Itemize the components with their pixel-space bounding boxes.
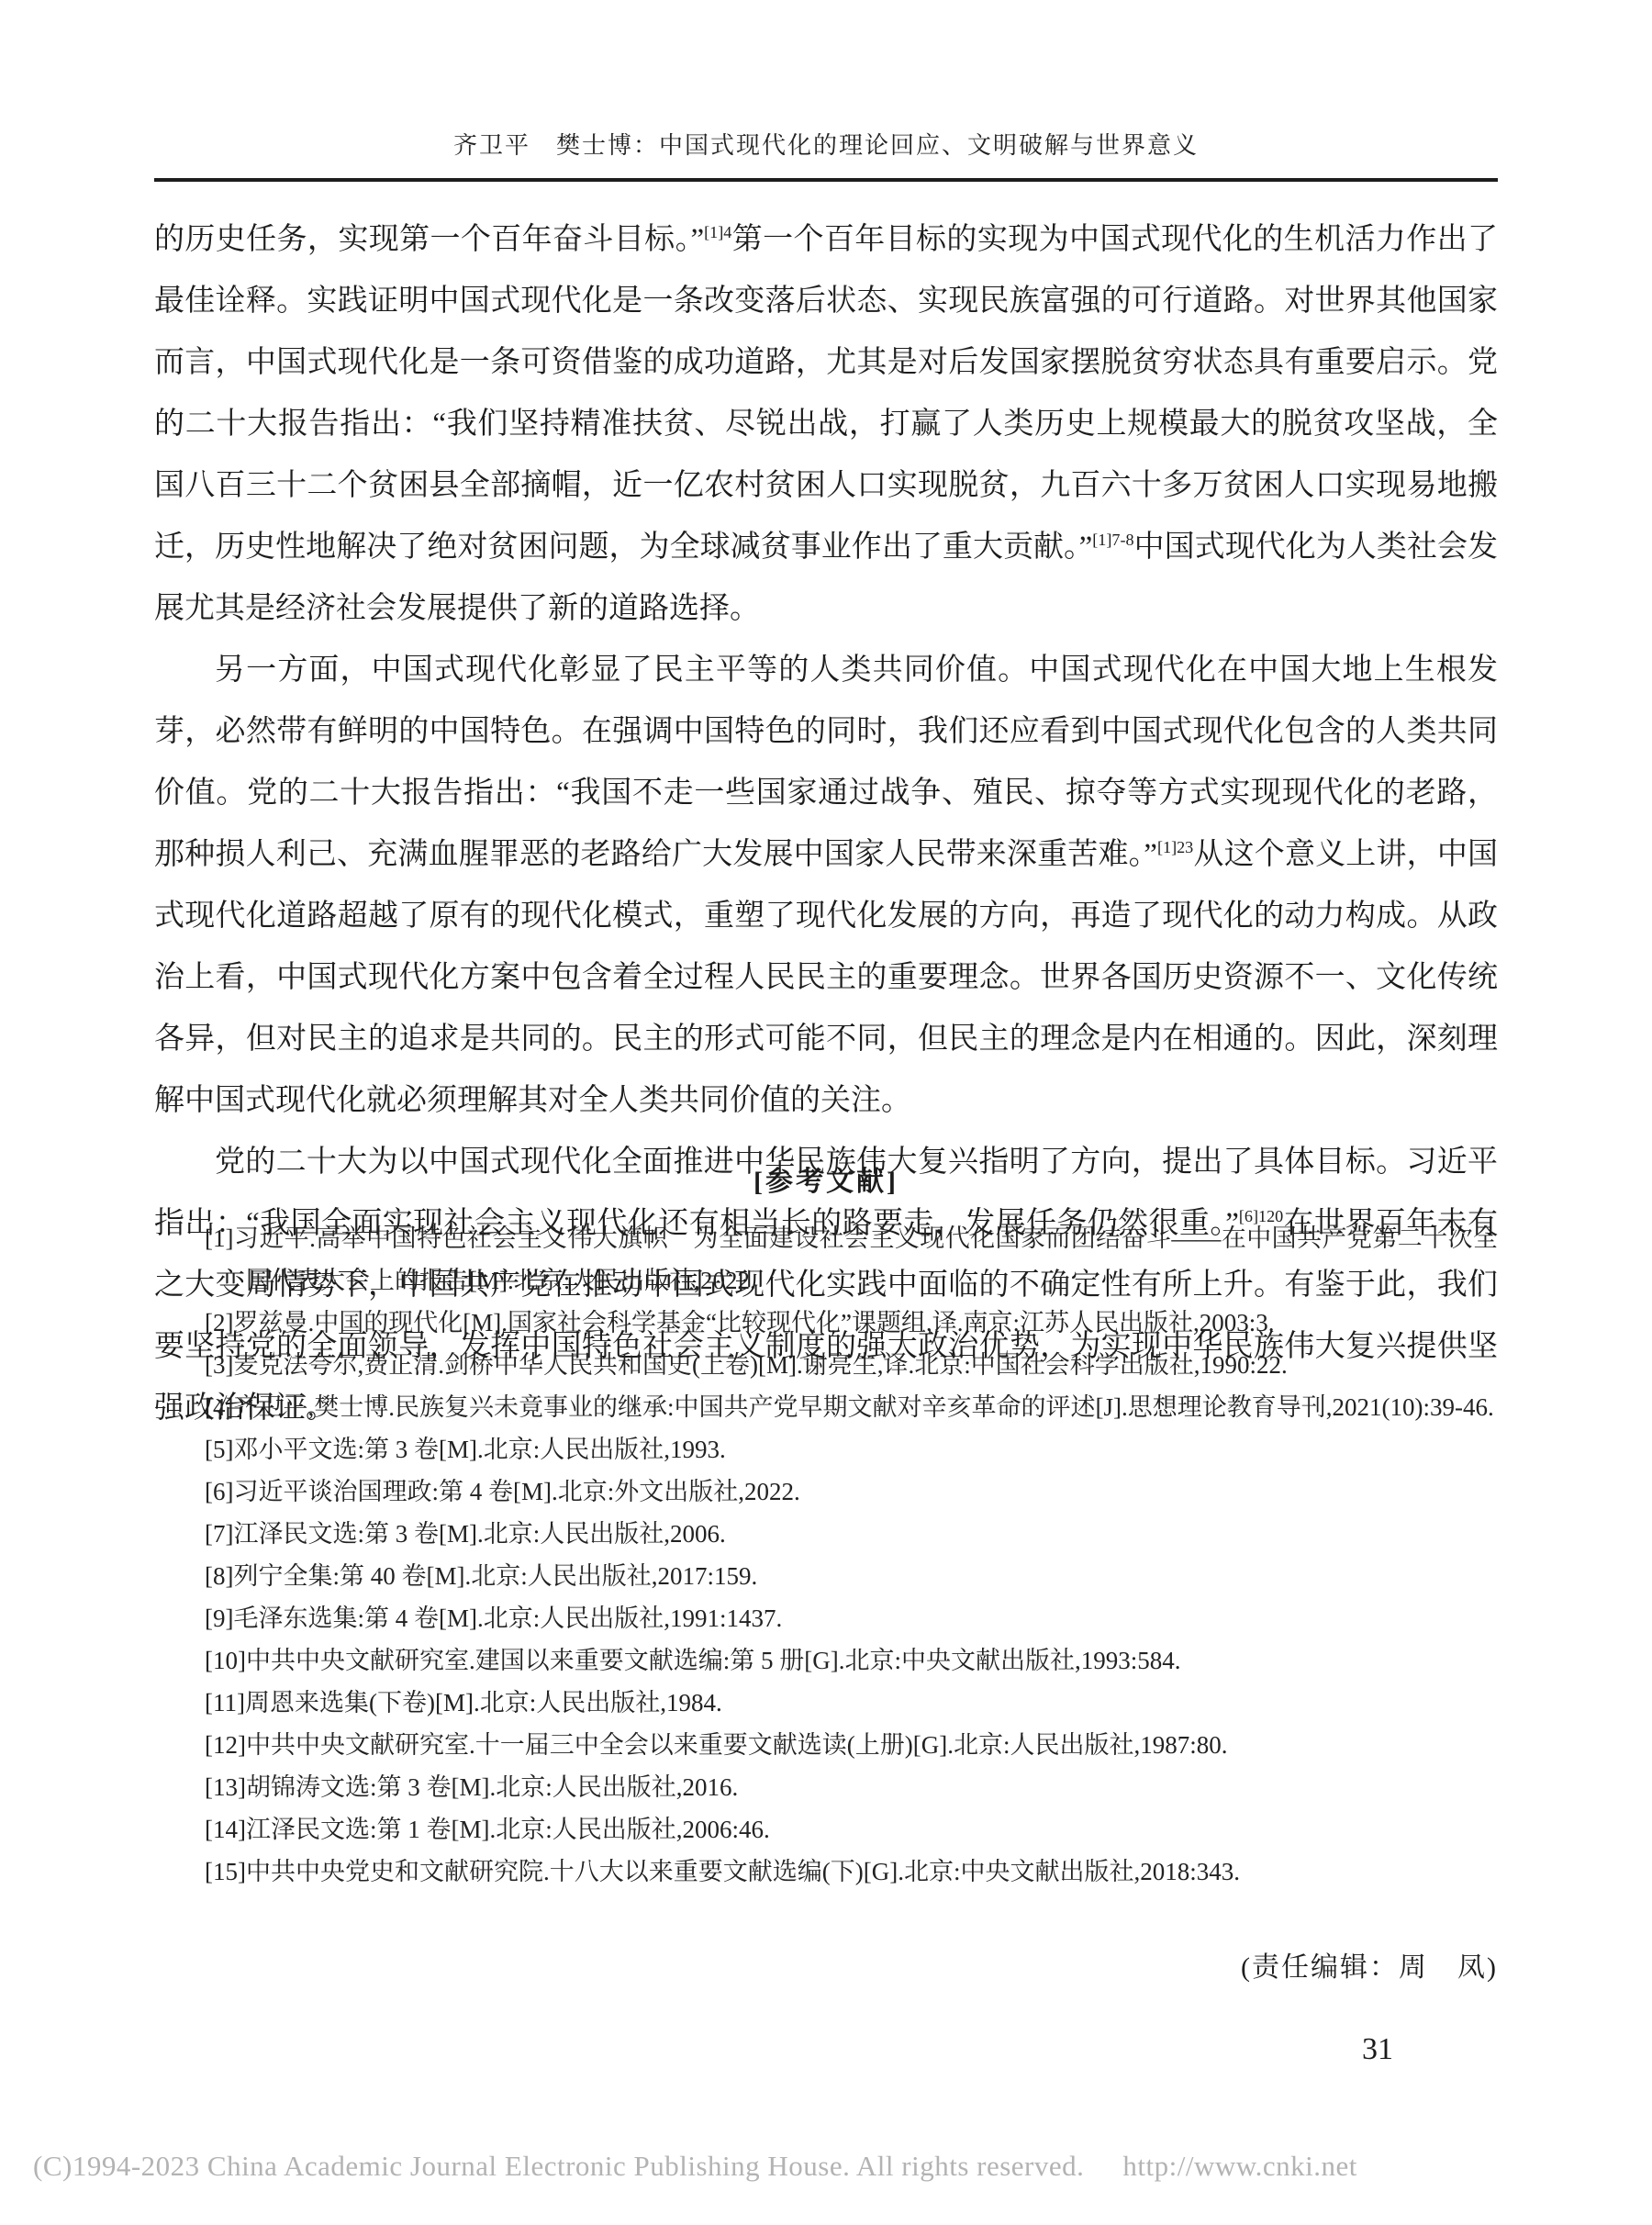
body-paragraph: 的历史任务，实现第一个百年奋斗目标。”[1]4第一个百年目标的实现为中国式现代化…	[154, 209, 1498, 640]
references-heading: [参考文献]	[154, 1158, 1498, 1199]
citation-superscript: [1]23	[1157, 838, 1193, 856]
reference-item: [2]罗兹曼.中国的现代化[M].国家社会科学基金“比较现代化”课题组,译.南京…	[205, 1302, 1498, 1344]
citation-superscript: [1]4	[704, 223, 731, 241]
paper-page: 齐卫平 樊士博：中国式现代化的理论回应、文明破解与世界意义 的历史任务，实现第一…	[0, 0, 1652, 2225]
footer: (C)1994-2023 China Academic Journal Elec…	[33, 2150, 1630, 2183]
reference-item: [15]中共中央党史和文献研究院.十八大以来重要文献选编(下)[G].北京:中央…	[205, 1850, 1498, 1893]
citation-superscript: [1]7-8	[1092, 531, 1133, 549]
reference-item: [5]邓小平文选:第 3 卷[M].北京:人民出版社,1993.	[205, 1428, 1498, 1470]
references-list: [1]习近平.高举中国特色社会主义伟大旗帜 为全面建设社会主义现代化国家而团结奋…	[205, 1217, 1498, 1893]
reference-item: [13]胡锦涛文选:第 3 卷[M].北京:人民出版社,2016.	[205, 1766, 1498, 1808]
reference-item: [7]江泽民文选:第 3 卷[M].北京:人民出版社,2006.	[205, 1513, 1498, 1555]
reference-item: [10]中共中央文献研究室.建国以来重要文献选编:第 5 册[G].北京:中央文…	[205, 1639, 1498, 1682]
running-head: 齐卫平 樊士博：中国式现代化的理论回应、文明破解与世界意义	[154, 127, 1498, 161]
reference-item: [1]习近平.高举中国特色社会主义伟大旗帜 为全面建设社会主义现代化国家而团结奋…	[205, 1217, 1498, 1302]
editor-note: (责任编辑：周 凤)	[154, 1944, 1498, 1985]
footer-copyright: (C)1994-2023 China Academic Journal Elec…	[33, 2150, 1084, 2182]
body-paragraph: 另一方面，中国式现代化彰显了民主平等的人类共同价值。中国式现代化在中国大地上生根…	[154, 640, 1498, 1132]
reference-item: [9]毛泽东选集:第 4 卷[M].北京:人民出版社,1991:1437.	[205, 1597, 1498, 1639]
reference-item: [8]列宁全集:第 40 卷[M].北京:人民出版社,2017:159.	[205, 1555, 1498, 1597]
footer-url: http://www.cnki.net	[1122, 2150, 1356, 2182]
reference-item: [11]周恩来选集(下卷)[M].北京:人民出版社,1984.	[205, 1682, 1498, 1724]
header-rule	[154, 178, 1498, 182]
reference-item: [12]中共中央文献研究室.十一届三中全会以来重要文献选读(上册)[G].北京:…	[205, 1724, 1498, 1766]
reference-item: [6]习近平谈治国理政:第 4 卷[M].北京:外文出版社,2022.	[205, 1470, 1498, 1513]
reference-item: [3]麦克法夸尔,费正清.剑桥中华人民共和国史(上卷)[M].谢亮生,译.北京:…	[205, 1344, 1498, 1386]
reference-item: [4]齐卫平,樊士博.民族复兴未竟事业的继承:中国共产党早期文献对辛亥革命的评述…	[205, 1386, 1498, 1428]
reference-item: [14]江泽民文选:第 1 卷[M].北京:人民出版社,2006:46.	[205, 1808, 1498, 1850]
page-number: 31	[1362, 2032, 1393, 2067]
